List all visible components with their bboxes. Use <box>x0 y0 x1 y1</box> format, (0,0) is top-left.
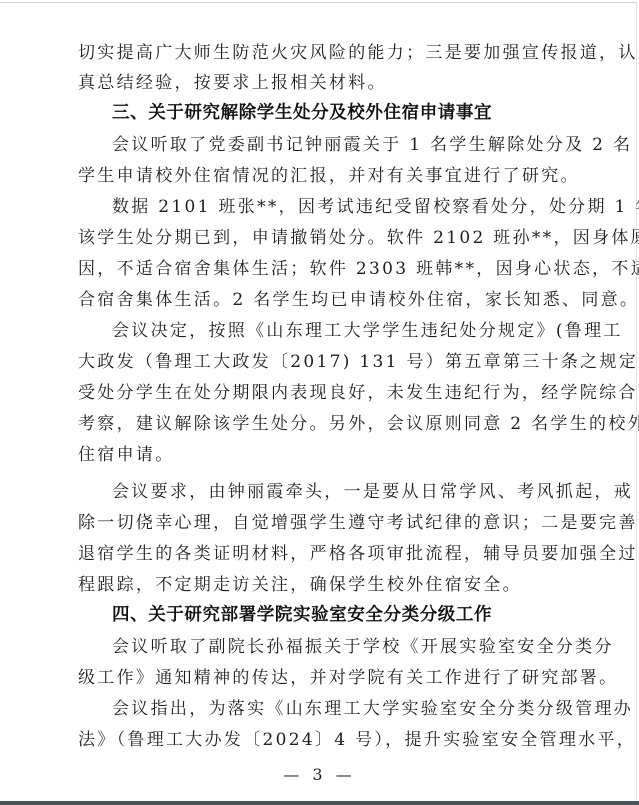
paragraph-line: 会议听取了党委副书记钟丽霞关于 1 名学生解除处分及 2 名 <box>112 135 564 155</box>
page-number: — 3 — <box>0 765 639 785</box>
paragraph-line: 数据 2101 班张**，因考试违纪受留校察看处分，处分期 1 年， <box>112 197 564 217</box>
paragraph-line: 级工作》通知精神的传达，并对学院有关工作进行了研究部署。 <box>78 668 564 688</box>
paragraph-line: 该学生处分期已到，申请撤销处分。软件 2102 班孙**，因身体原 <box>78 228 564 248</box>
paragraph-line: 会议要求，由钟丽霞牵头，一是要从日常学风、考风抓起，戒 <box>112 482 564 502</box>
section-heading: 三、关于研究解除学生处分及校外住宿申请事宜 <box>112 102 492 124</box>
paragraph-line: 会议指出，为落实《山东理工大学实验室安全分类分级管理办 <box>112 699 564 719</box>
paragraph-line: 程跟踪，不定期走访关注，确保学生校外住宿安全。 <box>78 575 564 595</box>
paragraph-line: 学生申请校外住宿情况的汇报，并对有关事宜进行了研究。 <box>78 166 564 186</box>
paragraph-line: 退宿学生的各类证明材料，严格各项审批流程，辅导员要加强全过 <box>78 544 564 564</box>
document-page: 切实提高广大师生防范火灾风险的能力；三是要加强宣传报道，认真总结经验，按要求上报… <box>0 2 637 802</box>
paragraph-line: 法》（鲁理工大办发〔2024〕4 号），提升实验室安全管理水平， <box>78 730 564 750</box>
section-heading: 四、关于研究部署学院实验室安全分类分级工作 <box>112 604 492 626</box>
viewer-bottom-edge <box>0 801 639 805</box>
paragraph-line: 会议听取了副院长孙福振关于学校《开展实验室安全分类分 <box>112 637 564 657</box>
paragraph-line: 大政发（鲁理工大政发〔2017) 131 号）第五章第三十条之规定， <box>78 352 564 372</box>
paragraph-line: 合宿舍集体生活。2 名学生均已申请校外住宿，家长知悉、同意。 <box>78 290 564 310</box>
paragraph-line: 会议决定，按照《山东理工大学学生违纪处分规定》(鲁理工 <box>112 321 564 341</box>
paragraph-line: 切实提高广大师生防范火灾风险的能力；三是要加强宣传报道，认 <box>78 43 564 63</box>
paragraph-line: 除一切侥幸心理，自觉增强学生遵守考试纪律的意识；二是要完善 <box>78 513 564 533</box>
paragraph-line: 受处分学生在处分期限内表现良好，未发生违纪行为，经学院综合 <box>78 383 564 403</box>
paragraph-line: 真总结经验，按要求上报相关材料。 <box>78 73 564 93</box>
paragraph-line: 因，不适合宿舍集体生活；软件 2303 班韩**，因身心状态，不适 <box>78 259 564 279</box>
paragraph-line: 住宿申请。 <box>78 445 564 465</box>
paragraph-line: 考察，建议解除该学生处分。另外，会议原则同意 2 名学生的校外 <box>78 414 564 434</box>
